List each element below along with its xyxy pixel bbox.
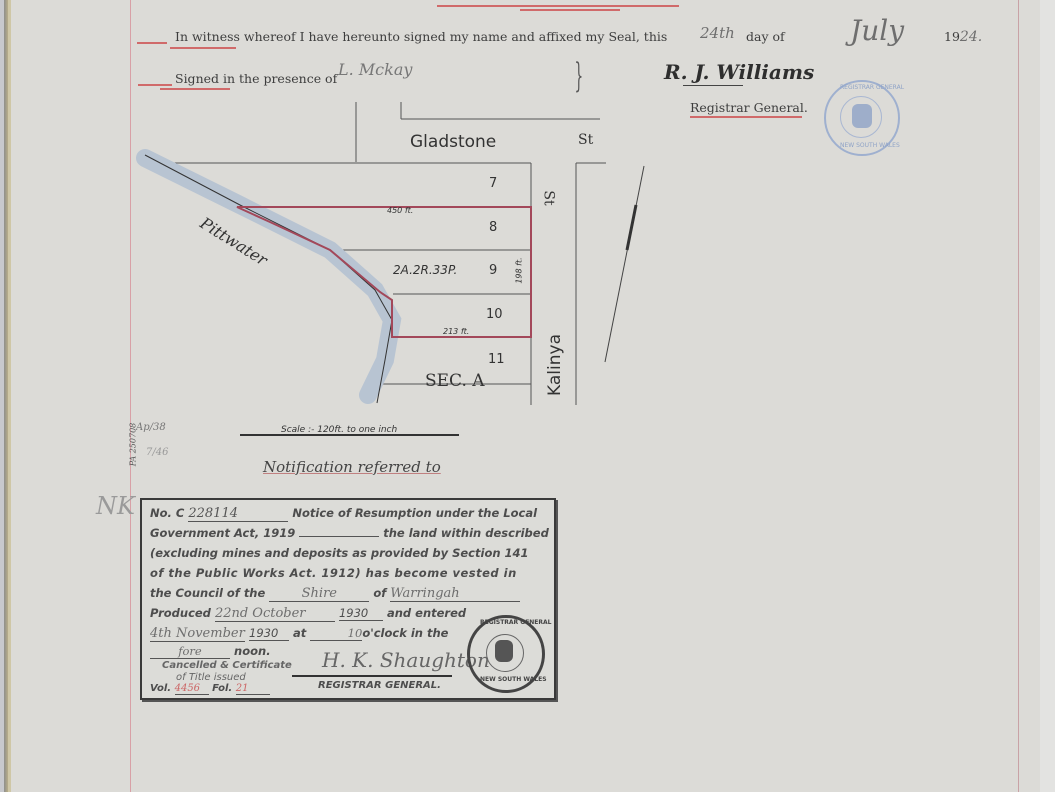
dim-top: 450 ft. — [387, 206, 413, 215]
cancelled-line-2: of Title issued — [176, 672, 246, 683]
notice-number: 228114 — [188, 506, 288, 522]
street-suffix-top: St — [578, 132, 593, 148]
notice-line-3: (excluding mines and deposits as provide… — [150, 546, 529, 560]
coat-of-arms-icon — [495, 640, 513, 662]
section-label: SEC. A — [425, 371, 485, 391]
stamp-seal-top: REGISTRAR GENERAL — [480, 619, 552, 626]
margin-initials-2: 7/46 — [146, 447, 168, 458]
council-name: Warringah — [390, 586, 520, 602]
number-label: No. C — [150, 506, 184, 520]
stamp-seal-bottom: NEW SOUTH WALES — [480, 676, 547, 683]
noon-label: noon. — [234, 644, 271, 658]
entered-year: 1930 — [249, 626, 289, 641]
notice-act: Government Act, 1919 — [150, 526, 295, 540]
document-page: In witness whereof I have hereunto signe… — [0, 0, 1055, 792]
notice-line-4: of the Public Works Act. 1912) has becom… — [150, 566, 517, 580]
notice-line-1: No. C 228114 Notice of Resumption under … — [150, 506, 537, 522]
notice-entered: 4th November 1930 at 10o'clock in the — [150, 626, 448, 642]
registrar-seal-stamp: REGISTRAR GENERAL NEW SOUTH WALES — [467, 615, 545, 693]
cancelled-line-1: Cancelled & Certificate — [162, 660, 292, 671]
entered-label: and entered — [387, 606, 466, 620]
vol-number: 4456 — [175, 683, 209, 695]
council-label: the Council of the — [150, 586, 265, 600]
lot-7: 7 — [489, 176, 497, 191]
notification-stamp: No. C 228114 Notice of Resumption under … — [140, 498, 556, 700]
lot-11: 11 — [488, 352, 505, 367]
of-label: of — [373, 586, 386, 600]
dim-bottom: 213 ft. — [443, 327, 469, 336]
notice-line-5: the Council of the Shire of Warringah — [150, 586, 520, 602]
lot-10: 10 — [486, 307, 503, 322]
lot-9: 9 — [489, 263, 497, 278]
street-gladstone: Gladstone — [410, 132, 496, 152]
scale-bar — [240, 434, 459, 436]
registrar-stamp-title: REGISTRAR GENERAL. — [318, 680, 441, 691]
produced-label: Produced — [150, 606, 211, 620]
street-kalinya: Kalinya — [545, 334, 565, 396]
fol-label: Fol. — [212, 683, 232, 694]
entered-date: 4th November — [150, 626, 245, 642]
entered-hour: 10 — [310, 626, 362, 641]
lot-8: 8 — [489, 220, 497, 235]
notice-line-2: Government Act, 1919 the land within des… — [150, 526, 549, 540]
dim-right: 198 ft. — [515, 257, 524, 283]
area-label: 2A.2R.33P. — [393, 263, 457, 277]
produced-date: 22nd October — [215, 606, 335, 622]
notification-heading: Notification referred to — [263, 458, 441, 476]
street-suffix-right: St — [541, 190, 557, 205]
notice-line1-rest: Notice of Resumption under the Local — [292, 506, 537, 520]
vol-fol: Vol. 4456 Fol. 21 — [150, 683, 270, 695]
margin-initials-nk: NK — [96, 492, 135, 520]
fol-number: 21 — [236, 683, 270, 695]
vol-label: Vol. — [150, 683, 171, 694]
oclock-label: o'clock in the — [362, 626, 448, 640]
margin-initials-1: Ap/38 — [136, 422, 166, 433]
notice-produced: Produced 22nd October 1930 and entered — [150, 606, 466, 622]
council-type: Shire — [269, 586, 369, 602]
notice-noon: fore noon. — [150, 644, 271, 659]
notice-line2-rest: the land within described — [383, 526, 549, 540]
at-label: at — [293, 626, 306, 640]
registrar-stamp-signature: H. K. Shaughton — [322, 648, 490, 672]
noon-prefix: fore — [150, 644, 230, 659]
produced-year: 1930 — [339, 606, 383, 621]
signature-line — [292, 675, 452, 677]
